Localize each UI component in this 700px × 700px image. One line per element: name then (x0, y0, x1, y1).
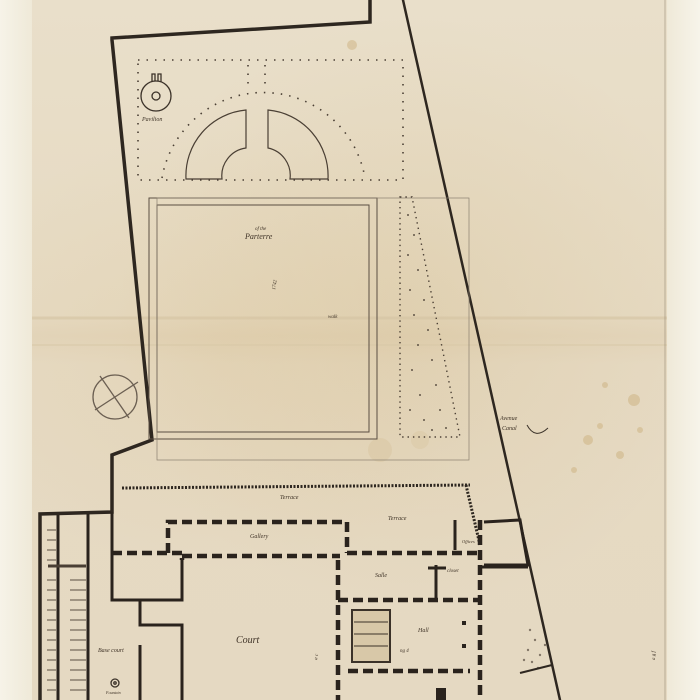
hall-label: Hall (417, 628, 429, 634)
shrubbery (523, 629, 546, 669)
upper-garden (138, 60, 403, 180)
building-walls (112, 520, 480, 700)
fountain-icon (111, 679, 119, 687)
offices-label: Offices (462, 539, 475, 544)
floor-plan-drawing: Pavilion of the Parterre walk 1742 Terra… (0, 0, 700, 700)
parterre-date: 1742 (272, 279, 279, 290)
annotation-flourish (527, 425, 548, 433)
terrace-left-label: Terrace (280, 495, 299, 501)
closet-label: closet (447, 569, 459, 574)
compass-rose-icon (93, 375, 138, 419)
stable-stalls (47, 530, 86, 690)
hall-note: ng 4 (400, 649, 409, 654)
canal-label: Canal (502, 426, 517, 432)
base-court-label: Base court (98, 648, 124, 654)
parterre (149, 198, 469, 460)
gallery-label: Gallery (250, 534, 269, 540)
garden-wall-stub (520, 665, 552, 673)
quadrant-beds (186, 110, 328, 179)
fountain-label: Fountain (105, 690, 121, 695)
court-label: Court (236, 635, 260, 646)
pavilion-label: Pavilion (141, 117, 162, 123)
side-note: a c (314, 653, 320, 661)
staircase (352, 610, 390, 662)
salle-label: Salle (375, 573, 387, 579)
terrace-right-label: Terrace (388, 516, 407, 522)
terrace-walls (122, 485, 480, 545)
avenue-label: Avenue (499, 416, 518, 422)
walk-label: walk (328, 315, 338, 320)
margin-note: a g f (652, 651, 657, 661)
hall-columns (436, 621, 466, 700)
parterre-label: Parterre (244, 232, 273, 241)
round-pavilion-icon (141, 74, 171, 111)
